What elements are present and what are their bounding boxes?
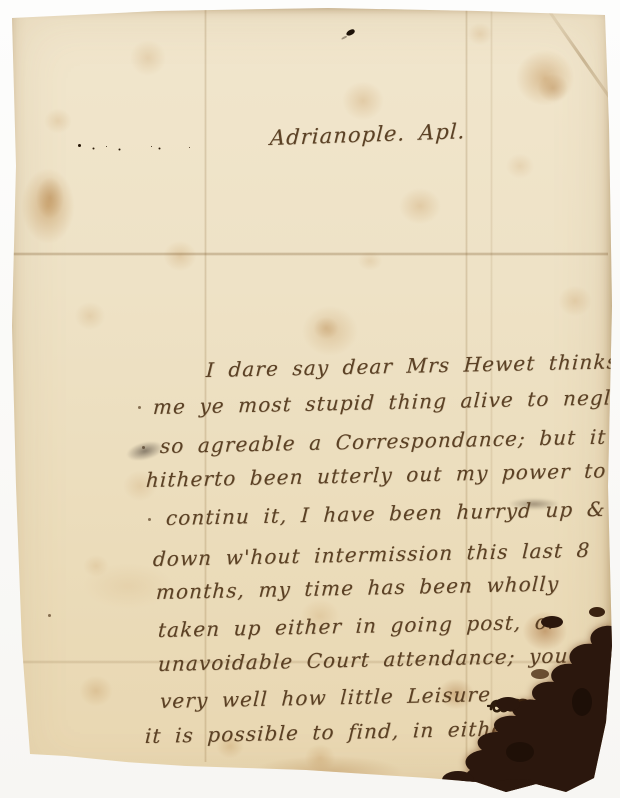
handwriting-line-1: I dare say dear Mrs Hewet thinks: [205, 349, 618, 382]
ink-blot-mark: [345, 28, 355, 36]
fold-crease-vertical-left: [204, 10, 207, 762]
handwriting-line-5: continu it, I have been hurryd up &: [165, 497, 606, 530]
letter-sheet: Adrianople. Apl. I dare say dear Mrs Hew…: [8, 6, 612, 792]
ink-specks-row: [78, 144, 81, 147]
margin-dot: [48, 614, 51, 617]
handwriting-dateline: Adrianople. Apl.: [269, 119, 466, 150]
burn-stain: [400, 582, 612, 792]
handwriting-line-3: so agreable a Correspondance; but it has: [159, 424, 620, 458]
margin-dot: [148, 518, 151, 521]
fold-crease-horizontal-upper: [12, 252, 608, 256]
handwriting-line-6: down w'hout intermission this last 8: [152, 538, 591, 571]
margin-dot: [138, 406, 141, 409]
handwriting-line-2: me ye most stupid thing alive to neglect: [152, 385, 620, 419]
handwriting-line-4: hitherto been utterly out my power to: [145, 458, 607, 492]
